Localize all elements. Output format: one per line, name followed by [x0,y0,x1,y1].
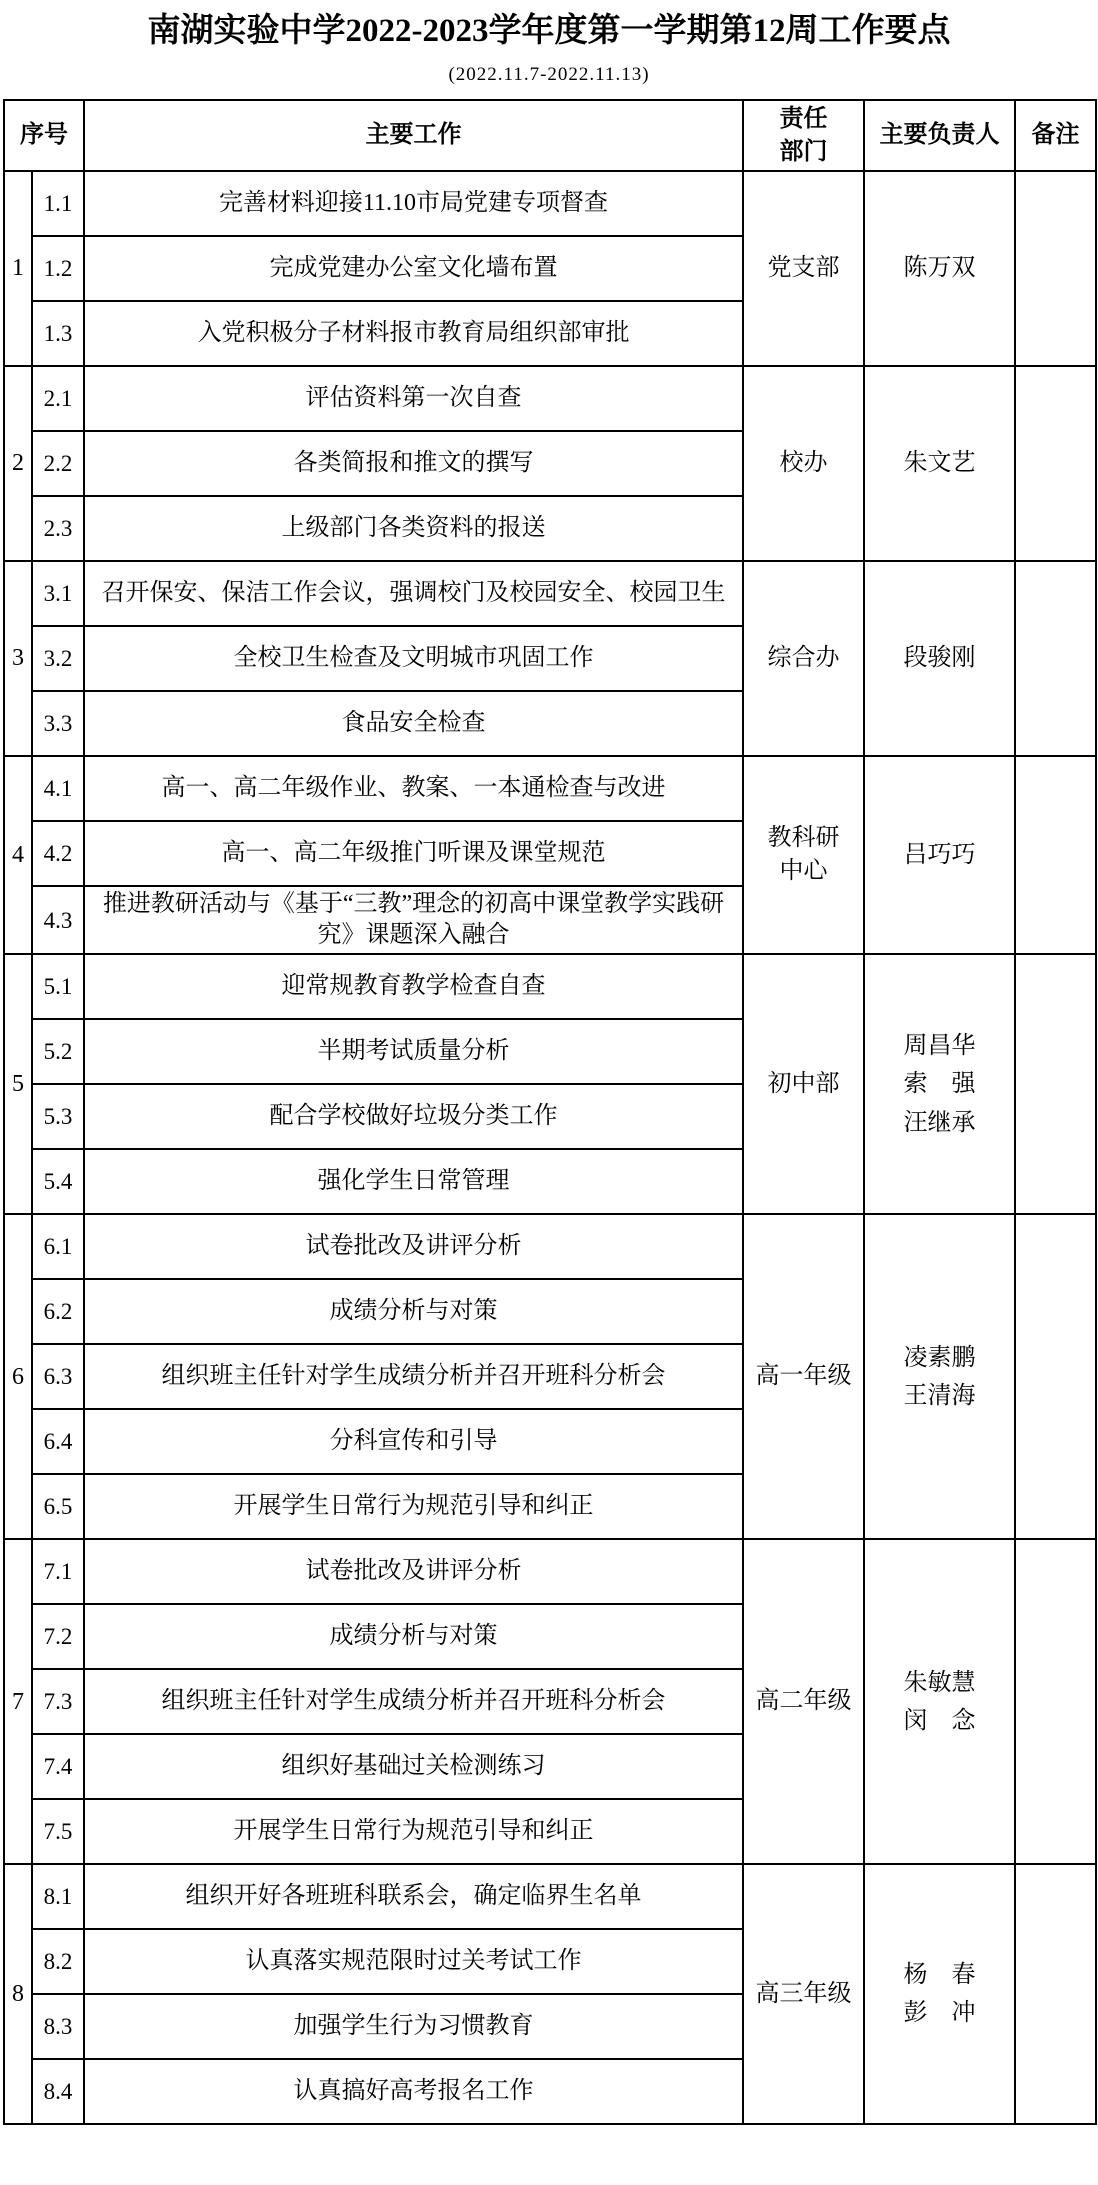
work-cell: 推进教研活动与《基于“三教”理念的初高中课堂教学实践研究》课题深入融合 [84,886,743,954]
work-cell: 半期考试质量分析 [84,1019,743,1084]
item-number-cell: 1.2 [32,236,84,301]
item-number-cell: 7.1 [32,1539,84,1604]
work-cell: 完成党建办公室文化墙布置 [84,236,743,301]
item-number-cell: 8.2 [32,1929,84,1994]
header-dept: 责任 部门 [743,100,864,171]
section-number-cell: 7 [4,1539,32,1864]
item-number-cell: 6.1 [32,1214,84,1279]
item-number-cell: 4.3 [32,886,84,954]
header-note: 备注 [1015,100,1096,171]
dept-cell: 高三年级 [743,1864,864,2124]
table-row: 33.1召开保安、保洁工作会议，强调校门及校园安全、校园卫生综合办段骏刚 [4,561,1096,626]
note-cell [1015,561,1096,756]
header-row: 序号 主要工作 责任 部门 主要负责人 备注 [4,100,1096,171]
work-cell: 上级部门各类资料的报送 [84,496,743,561]
work-cell: 认真落实规范限时过关考试工作 [84,1929,743,1994]
work-cell: 试卷批改及讲评分析 [84,1214,743,1279]
section-number-cell: 3 [4,561,32,756]
section-number-cell: 2 [4,366,32,561]
item-number-cell: 2.2 [32,431,84,496]
person-cell: 周昌华 索 强 汪继承 [864,954,1015,1214]
item-number-cell: 2.3 [32,496,84,561]
date-range: (2022.11.7-2022.11.13) [0,64,1098,86]
work-cell: 开展学生日常行为规范引导和纠正 [84,1474,743,1539]
table-row: 11.1完善材料迎接11.10市局党建专项督查党支部陈万双 [4,171,1096,236]
table-row: 22.1评估资料第一次自查校办朱文艺 [4,366,1096,431]
table-row: 77.1试卷批改及讲评分析高二年级朱敏慧 闵 念 [4,1539,1096,1604]
work-cell: 召开保安、保洁工作会议，强调校门及校园安全、校园卫生 [84,561,743,626]
work-cell: 高一、高二年级作业、教案、一本通检查与改进 [84,756,743,821]
header-index: 序号 [4,100,84,171]
work-cell: 组织开好各班班科联系会，确定临界生名单 [84,1864,743,1929]
section-number-cell: 8 [4,1864,32,2124]
header-work: 主要工作 [84,100,743,171]
item-number-cell: 1.3 [32,301,84,366]
dept-cell: 综合办 [743,561,864,756]
person-cell: 段骏刚 [864,561,1015,756]
work-cell: 分科宣传和引导 [84,1409,743,1474]
work-table: 序号 主要工作 责任 部门 主要负责人 备注 11.1完善材料迎接11.10市局… [3,99,1097,2125]
person-cell: 朱文艺 [864,366,1015,561]
work-cell: 全校卫生检查及文明城市巩固工作 [84,626,743,691]
item-number-cell: 6.2 [32,1279,84,1344]
work-cell: 高一、高二年级推门听课及课堂规范 [84,821,743,886]
item-number-cell: 4.2 [32,821,84,886]
item-number-cell: 6.5 [32,1474,84,1539]
work-cell: 组织好基础过关检测练习 [84,1734,743,1799]
work-cell: 开展学生日常行为规范引导和纠正 [84,1799,743,1864]
note-cell [1015,1539,1096,1864]
table-row: 88.1组织开好各班班科联系会，确定临界生名单高三年级杨 春 彭 冲 [4,1864,1096,1929]
item-number-cell: 8.4 [32,2059,84,2124]
item-number-cell: 7.3 [32,1669,84,1734]
person-cell: 陈万双 [864,171,1015,366]
item-number-cell: 3.1 [32,561,84,626]
person-cell: 吕巧巧 [864,756,1015,954]
work-cell: 食品安全检查 [84,691,743,756]
item-number-cell: 7.4 [32,1734,84,1799]
work-cell: 迎常规教育教学检查自查 [84,954,743,1019]
work-cell: 完善材料迎接11.10市局党建专项督查 [84,171,743,236]
item-number-cell: 3.3 [32,691,84,756]
section-number-cell: 5 [4,954,32,1214]
work-cell: 入党积极分子材料报市教育局组织部审批 [84,301,743,366]
table-row: 44.1高一、高二年级作业、教案、一本通检查与改进教科研 中心吕巧巧 [4,756,1096,821]
dept-cell: 党支部 [743,171,864,366]
section-number-cell: 4 [4,756,32,954]
document-page: 南湖实验中学2022-2023学年度第一学期第12周工作要点 (2022.11.… [0,0,1098,2185]
dept-cell: 校办 [743,366,864,561]
item-number-cell: 7.5 [32,1799,84,1864]
work-cell: 认真搞好高考报名工作 [84,2059,743,2124]
work-cell: 组织班主任针对学生成绩分析并召开班科分析会 [84,1669,743,1734]
person-cell: 凌素鹏 王清海 [864,1214,1015,1539]
work-cell: 组织班主任针对学生成绩分析并召开班科分析会 [84,1344,743,1409]
note-cell [1015,756,1096,954]
item-number-cell: 5.2 [32,1019,84,1084]
item-number-cell: 8.3 [32,1994,84,2059]
item-number-cell: 2.1 [32,366,84,431]
item-number-cell: 3.2 [32,626,84,691]
item-number-cell: 6.4 [32,1409,84,1474]
note-cell [1015,171,1096,366]
item-number-cell: 6.3 [32,1344,84,1409]
note-cell [1015,1864,1096,2124]
item-number-cell: 7.2 [32,1604,84,1669]
person-cell: 杨 春 彭 冲 [864,1864,1015,2124]
note-cell [1015,1214,1096,1539]
header-person: 主要负责人 [864,100,1015,171]
table-row: 55.1迎常规教育教学检查自查初中部周昌华 索 强 汪继承 [4,954,1096,1019]
item-number-cell: 5.4 [32,1149,84,1214]
dept-cell: 高一年级 [743,1214,864,1539]
table-row: 66.1试卷批改及讲评分析高一年级凌素鹏 王清海 [4,1214,1096,1279]
work-cell: 试卷批改及讲评分析 [84,1539,743,1604]
work-cell: 成绩分析与对策 [84,1604,743,1669]
section-number-cell: 6 [4,1214,32,1539]
item-number-cell: 5.3 [32,1084,84,1149]
work-cell: 各类简报和推文的撰写 [84,431,743,496]
work-cell: 加强学生行为习惯教育 [84,1994,743,2059]
work-cell: 评估资料第一次自查 [84,366,743,431]
dept-cell: 高二年级 [743,1539,864,1864]
item-number-cell: 4.1 [32,756,84,821]
dept-cell: 初中部 [743,954,864,1214]
page-title: 南湖实验中学2022-2023学年度第一学期第12周工作要点 [0,0,1098,49]
work-cell: 配合学校做好垃圾分类工作 [84,1084,743,1149]
person-cell: 朱敏慧 闵 念 [864,1539,1015,1864]
dept-cell: 教科研 中心 [743,756,864,954]
note-cell [1015,366,1096,561]
work-cell: 强化学生日常管理 [84,1149,743,1214]
section-number-cell: 1 [4,171,32,366]
item-number-cell: 1.1 [32,171,84,236]
work-cell: 成绩分析与对策 [84,1279,743,1344]
note-cell [1015,954,1096,1214]
item-number-cell: 8.1 [32,1864,84,1929]
item-number-cell: 5.1 [32,954,84,1019]
